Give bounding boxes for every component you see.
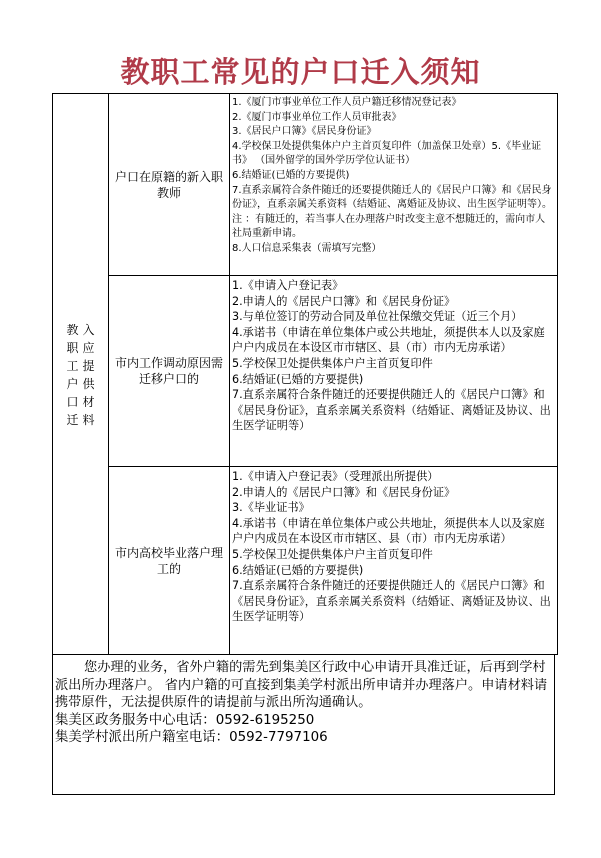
list-item: 1.《厦门市事业单位工作人员户籍迁移情况登记表》 [232, 96, 554, 111]
list-item: 4.学校保卫处提供集体户户主首页复印件（加盖保卫处章）5.《毕业证书》 （国外留… [232, 140, 554, 169]
list-item: 7.直系亲属符合条件随迁的还要提供随迁人的《居民户口簿》和《居民身份证》，直系亲… [232, 578, 554, 625]
notice-paragraph: 您办理的业务，省外户籍的需先到集美区行政中心申请开具准迁证，后再到学村派出所办理… [55, 659, 554, 712]
list-item: 1.《申请入户登记表》（受理派出所提供） [232, 469, 554, 485]
list-item: 3.《居民户口簿》《居民身份证》 [232, 125, 554, 140]
table-row: 市内高校毕业落户理工的 1.《申请入户登记表》（受理派出所提供） 2.申请人的《… [53, 467, 558, 655]
case-type-job-transfer: 市内工作调动原因需迁移户口的 [109, 276, 230, 467]
list-item: 8.人口信息采集表（需填写完整） [232, 242, 554, 257]
case-type-local-graduate: 市内高校毕业落户理工的 [109, 467, 230, 655]
document-title: 教职工常见的户口迁入须知 [0, 54, 601, 90]
list-item: 4.承诺书（申请在单位集体户或公共地址，须提供本人以及家庭户户内成员在本设区市市… [232, 516, 554, 547]
phone-number: 0592-7797106 [229, 730, 328, 745]
category-label-left-column: 教 职 工 户 口 迁 [66, 321, 80, 429]
materials-list-local-graduate: 1.《申请入户登记表》（受理派出所提供） 2.申请人的《居民户口簿》和《居民身份… [230, 467, 558, 655]
category-cell: 教 职 工 户 口 迁 入 应 提 供 材 料 [53, 94, 109, 655]
phone-label: 集美学村派出所户籍室电话： [55, 730, 229, 745]
phone-number: 0592-6195250 [216, 713, 315, 728]
notice-box: 您办理的业务，省外户籍的需先到集美区行政中心申请开具准迁证，后再到学村派出所办理… [52, 654, 555, 795]
category-label-right-column: 入 应 提 供 材 料 [82, 321, 96, 429]
list-item: 2.申请人的《居民户口簿》和《居民身份证》 [232, 485, 554, 501]
table-row: 市内工作调动原因需迁移户口的 1.《申请入户登记表》 2.申请人的《居民户口簿》… [53, 276, 558, 467]
table-row: 教 职 工 户 口 迁 入 应 提 供 材 料 户口在原籍的新入职教师 [53, 94, 558, 276]
list-item: 7.直系亲属符合条件随迁的还要提供随迁人的《居民户口簿》和《居民身份证》，直系亲… [232, 387, 554, 434]
requirements-table: 教 职 工 户 口 迁 入 应 提 供 材 料 户口在原籍的新入职教师 [52, 93, 558, 655]
list-item: 2.申请人的《居民户口簿》和《居民身份证》 [232, 294, 554, 310]
list-item: 6.结婚证(已婚的方要提供) [232, 563, 554, 579]
list-item: 4.承诺书（申请在单位集体户或公共地址，须提供本人以及家庭户户内成员在本设区市市… [232, 325, 554, 356]
list-item: 7.直系亲属符合条件随迁的还要提供随迁人的《居民户口簿》和《居民身份证》，直系亲… [232, 184, 554, 242]
list-item: 5.学校保卫处提供集体户户主首页复印件 [232, 356, 554, 372]
list-item: 1.《申请入户登记表》 [232, 278, 554, 294]
phone-label: 集美区政务服务中心电话： [55, 713, 216, 728]
phone-line-service-center: 集美区政务服务中心电话：0592-6195250 [55, 712, 554, 730]
phone-line-police-station: 集美学村派出所户籍室电话：0592-7797106 [55, 729, 554, 747]
list-item: 3.《毕业证书》 [232, 500, 554, 516]
materials-list-new-teacher: 1.《厦门市事业单位工作人员户籍迁移情况登记表》 2.《厦门市事业单位工作人员审… [230, 94, 558, 276]
list-item: 6.结婚证(已婚的方要提供) [232, 372, 554, 388]
list-item: 6.结婚证(已婚的方要提供) [232, 169, 554, 184]
list-item: 2.《厦门市事业单位工作人员审批表》 [232, 111, 554, 126]
category-label: 教 职 工 户 口 迁 入 应 提 供 材 料 [66, 321, 96, 429]
list-item: 5.学校保卫处提供集体户户主首页复印件 [232, 547, 554, 563]
list-item: 3.与单位签订的劳动合同及单位社保缴交凭证（近三个月） [232, 309, 554, 325]
materials-list-job-transfer: 1.《申请入户登记表》 2.申请人的《居民户口簿》和《居民身份证》 3.与单位签… [230, 276, 558, 467]
case-type-new-teacher: 户口在原籍的新入职教师 [109, 94, 230, 276]
